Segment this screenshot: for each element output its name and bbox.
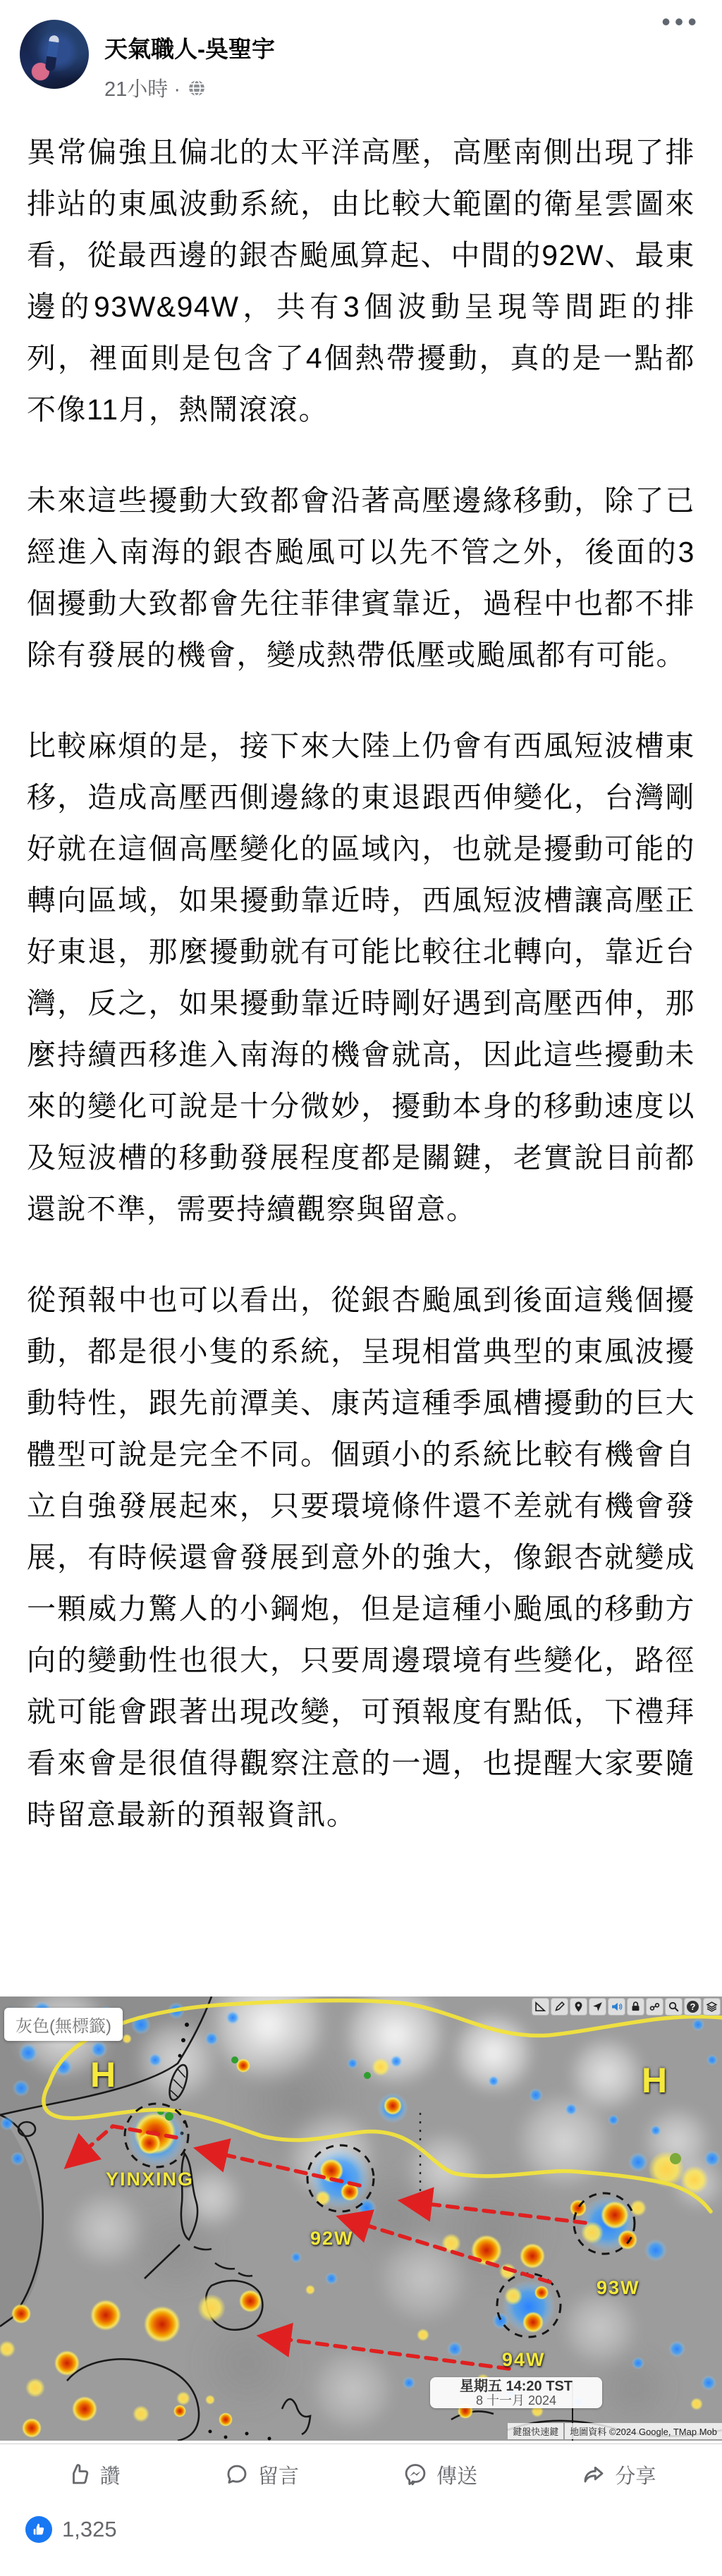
like-button[interactable]: 讚 xyxy=(62,2460,125,2490)
high-pressure-label-west: H xyxy=(90,2054,116,2095)
link-icon[interactable] xyxy=(646,1998,663,2016)
post-body: 異常偏強且偏北的太平洋高壓，高壓南側出現了排排站的東風波動系統，由比較大範圍的衛… xyxy=(0,127,722,1995)
help-icon[interactable]: ? xyxy=(684,1998,702,2016)
layers-icon[interactable] xyxy=(703,1998,721,2016)
location-pin-icon[interactable] xyxy=(570,1998,587,2016)
reactions-summary[interactable]: 1,325 xyxy=(25,2516,722,2543)
pencil-icon[interactable] xyxy=(551,1998,568,2016)
page-name[interactable]: 天氣職人-吳聖宇 xyxy=(104,31,275,64)
map-credit: 地圖資料 ©2024 Google, TMap Mob xyxy=(565,2423,722,2439)
navigate-icon[interactable] xyxy=(589,1998,606,2016)
like-count: 1,325 xyxy=(62,2517,117,2542)
comment-icon xyxy=(224,2462,250,2487)
map-timestamp-time: 星期五 14:20 TST xyxy=(430,2379,602,2394)
map-timestamp: 星期五 14:20 TST 8 十一月 2024 xyxy=(430,2377,602,2408)
send-button[interactable]: 傳送 xyxy=(398,2460,482,2490)
post-timestamp[interactable]: 21小時 · xyxy=(104,73,180,102)
comment-button[interactable]: 留言 xyxy=(220,2460,303,2490)
lock-icon[interactable] xyxy=(627,1998,644,2016)
thumbs-up-filled-icon xyxy=(31,2522,47,2537)
post-paragraph: 比較麻煩的是，接下來大陸上仍會有西風短波槽東移，造成高壓西側邊緣的東退跟西伸變化… xyxy=(27,720,695,1235)
layer-label-chip: 灰色(無標籤) xyxy=(4,2008,123,2041)
keyboard-shortcuts-link[interactable]: 鍵盤快速鍵 xyxy=(508,2423,563,2439)
storm-label-yinxing: YINXING xyxy=(106,2169,194,2190)
post-paragraph: 從預報中也可以看出，從銀杏颱風到後面這幾個擾動，都是很小隻的系統，呈現相當典型的… xyxy=(27,1275,695,1841)
satellite-map[interactable]: 灰色(無標籤) ? H H YINXING 92W 93W 94W 星期五 14… xyxy=(0,1997,722,2441)
action-bar: 讚 留言 傳送 分享 1,325 xyxy=(0,2441,722,2576)
post-paragraph: 未來這些擾動大致都會沿著高壓邊緣移動，除了已經進入南海的銀杏颱風可以先不管之外，… xyxy=(27,475,695,681)
high-pressure-label-east: H xyxy=(642,2060,667,2101)
avatar[interactable] xyxy=(20,20,89,89)
storm-label-93w: 93W xyxy=(596,2277,640,2299)
share-icon xyxy=(581,2462,606,2487)
map-toolbar: ? xyxy=(532,1998,721,2016)
storm-label-94w: 94W xyxy=(502,2349,546,2371)
like-reaction-badge xyxy=(25,2516,52,2543)
sound-icon[interactable] xyxy=(608,1998,625,2016)
post-header: 天氣職人-吳聖宇 21小時 · ••• xyxy=(0,0,722,125)
globe-icon xyxy=(188,79,206,97)
post-paragraph: 異常偏強且偏北的太平洋高壓，高壓南側出現了排排站的東風波動系統，由比較大範圍的衛… xyxy=(27,127,695,436)
messenger-icon xyxy=(403,2462,428,2487)
post-menu-button[interactable]: ••• xyxy=(661,7,701,37)
measure-icon[interactable] xyxy=(532,1998,549,2016)
storm-label-92w: 92W xyxy=(310,2228,354,2250)
search-icon[interactable] xyxy=(665,1998,683,2016)
map-timestamp-date: 8 十一月 2024 xyxy=(430,2394,602,2408)
share-button[interactable]: 分享 xyxy=(577,2460,660,2490)
thumbs-up-icon xyxy=(66,2462,92,2487)
